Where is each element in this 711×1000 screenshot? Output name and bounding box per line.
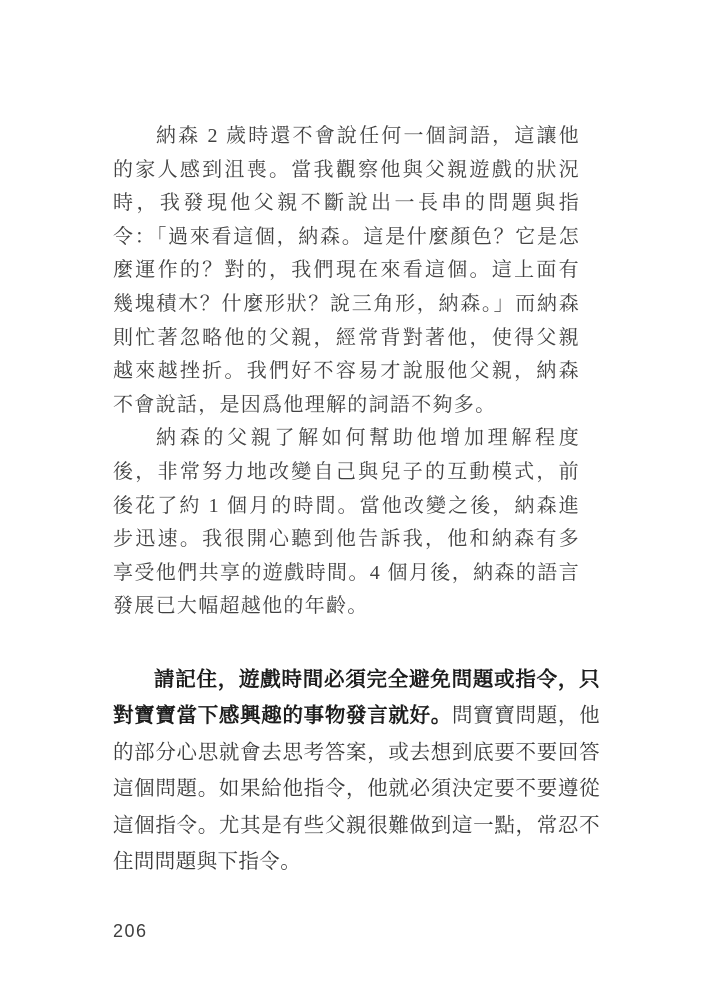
- page-footer: 206: [113, 921, 148, 942]
- page-number: 206: [113, 921, 148, 941]
- emphasis-paragraph: 請記住，遊戲時間必須完全避免問題或指令，只對寶寶當下感興趣的事物發言就好。問寶寶…: [113, 662, 600, 880]
- body-paragraph-2: 納森的父親了解如何幫助他增加理解程度後，非常努力地改變自己與兒子的互動模式，前後…: [113, 422, 600, 624]
- book-page: 納森 2 歲時還不會說任何一個詞語，這讓他的家人感到沮喪。當我觀察他與父親遊戲的…: [0, 0, 711, 1000]
- body-paragraph-1: 納森 2 歲時還不會說任何一個詞語，這讓他的家人感到沮喪。當我觀察他與父親遊戲的…: [113, 120, 600, 422]
- text-block: 納森 2 歲時還不會說任何一個詞語，這讓他的家人感到沮喪。當我觀察他與父親遊戲的…: [113, 120, 600, 880]
- emphasis-rest-text: 問寶寶問題，他的部分心思就會去思考答案，或去想到底要不要回答這個問題。如果給他指…: [113, 704, 600, 873]
